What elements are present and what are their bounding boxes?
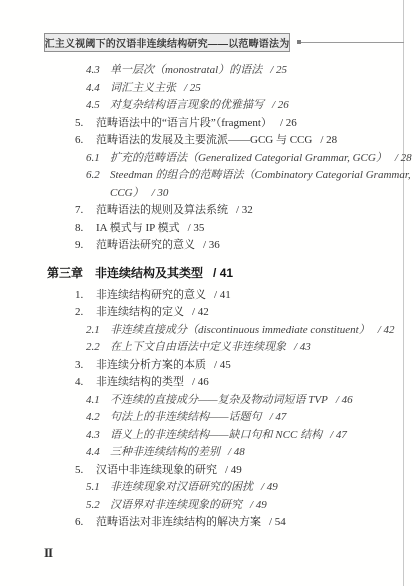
entry-page: / 46 xyxy=(192,376,209,388)
entry-number: 2.2 xyxy=(86,339,110,357)
toc-entry: 4.非连续结构的类型/ 46 xyxy=(44,374,384,392)
table-of-contents: 4.3单一层次（monostratal）的语法/ 254.4词汇主义主张/ 25… xyxy=(44,62,384,532)
entry-number: 8. xyxy=(75,220,96,238)
entry-title: 语义上的非连续结构——缺口句和 NCC 结构 xyxy=(110,429,322,441)
entry-page: / 49 xyxy=(225,464,242,476)
entry-number: 第三章 xyxy=(47,264,83,282)
entry-title: 汉语界对非连续现象的研究 xyxy=(110,499,242,511)
toc-entry: 4.4词汇主义主张/ 25 xyxy=(44,80,384,98)
entry-page: / 41 xyxy=(214,289,231,301)
entry-page: / 25 xyxy=(184,82,201,94)
page-edge-line xyxy=(403,0,404,586)
entry-page: / 28 xyxy=(320,134,337,146)
leader-line xyxy=(297,42,404,43)
toc-entry: 4.2句法上的非连续结构——话题句/ 47 xyxy=(44,409,384,427)
toc-entry: 4.3单一层次（monostratal）的语法/ 25 xyxy=(44,62,384,80)
entry-title: 三种非连续结构的差别 xyxy=(110,446,220,458)
entry-page: / 49 xyxy=(250,499,267,511)
running-head-box: 词汇主义视阈下的汉语非连续结构研究——以范畴语法为纲 xyxy=(44,33,290,52)
entry-page: / 47 xyxy=(330,429,347,441)
toc-entry: 5.汉语中非连续现象的研究/ 49 xyxy=(44,462,384,480)
toc-entry: 8.IA 模式与 IP 模式/ 35 xyxy=(44,220,384,238)
running-head-title: 词汇主义视阈下的汉语非连续结构研究——以范畴语法为纲 xyxy=(44,35,290,50)
toc-entry: 6.范畴语法的发展及主要流派——GCG 与 CCG/ 28 xyxy=(44,132,384,150)
entry-number: 6. xyxy=(75,132,96,150)
entry-page: / 25 xyxy=(270,64,287,76)
entry-page: / 32 xyxy=(236,204,253,216)
entry-title: Steedman 的组合的范畴语法（Combinatory Categorial… xyxy=(110,169,411,181)
entry-number: 5. xyxy=(75,115,96,133)
entry-number: 4.3 xyxy=(86,427,110,445)
entry-title: 非连续现象对汉语研究的困扰 xyxy=(110,481,253,493)
entry-title: 范畴语法中的“语言片段”（fragment） xyxy=(96,117,272,129)
entry-number: 4.1 xyxy=(86,392,110,410)
toc-entry: 1.非连续结构研究的意义/ 41 xyxy=(44,287,384,305)
entry-number: 4.4 xyxy=(86,444,110,462)
toc-chapter-heading: 第三章非连续结构及其类型/ 41 xyxy=(44,264,384,282)
entry-page: / 54 xyxy=(269,516,286,528)
entry-title: 非连续结构及其类型 xyxy=(95,266,203,280)
toc-entry: 5.范畴语法中的“语言片段”（fragment）/ 26 xyxy=(44,115,384,133)
entry-title: 词汇主义主张 xyxy=(110,82,176,94)
entry-number: 6.2 xyxy=(86,167,110,185)
entry-title: 非连续结构的定义 xyxy=(96,306,184,318)
entry-number: 4.3 xyxy=(86,62,110,80)
entry-title: 非连续结构研究的意义 xyxy=(96,289,206,301)
toc-entry: 4.5对复杂结构语言现象的优雅描写/ 26 xyxy=(44,97,384,115)
entry-title: CCG） xyxy=(110,187,144,199)
entry-title: 扩充的范畴语法（Generalized Categorial Grammar, … xyxy=(110,152,387,164)
toc-entry: 6.2Steedman 的组合的范畴语法（Combinatory Categor… xyxy=(44,167,384,185)
toc-entry: 2.2在上下文自由语法中定义非连续现象/ 43 xyxy=(44,339,384,357)
entry-number: 4.2 xyxy=(86,409,110,427)
entry-page: / 41 xyxy=(213,266,233,280)
entry-page: / 45 xyxy=(214,359,231,371)
entry-number: 6. xyxy=(75,514,96,532)
entry-number: 4.5 xyxy=(86,97,110,115)
toc-entry: 6.范畴语法对非连续结构的解决方案/ 54 xyxy=(44,514,384,532)
entry-page: / 35 xyxy=(188,222,205,234)
entry-number: 9. xyxy=(75,237,96,255)
entry-page: / 43 xyxy=(294,341,311,353)
entry-page: / 42 xyxy=(378,324,395,336)
toc-entry: 3.非连续分析方案的本质/ 45 xyxy=(44,357,384,375)
entry-page: / 36 xyxy=(203,239,220,251)
entry-number: 5.2 xyxy=(86,497,110,515)
entry-title: 非连续结构的类型 xyxy=(96,376,184,388)
entry-number: 3. xyxy=(75,357,96,375)
entry-page: / 49 xyxy=(261,481,278,493)
entry-number: 4.4 xyxy=(86,80,110,98)
entry-page: / 28 xyxy=(395,152,412,164)
entry-title: 非连续直接成分（discontinuous immediate constitu… xyxy=(110,324,370,336)
entry-number: 5.1 xyxy=(86,479,110,497)
entry-number: 7. xyxy=(75,202,96,220)
toc-entry: 4.4三种非连续结构的差别/ 48 xyxy=(44,444,384,462)
entry-page: / 46 xyxy=(336,394,353,406)
entry-title: 不连续的直接成分——复杂及物动词短语 TVP xyxy=(110,394,328,406)
entry-number: 2.1 xyxy=(86,322,110,340)
entry-page: / 30 xyxy=(152,187,169,199)
toc-entry: 5.1非连续现象对汉语研究的困扰/ 49 xyxy=(44,479,384,497)
entry-title: 非连续分析方案的本质 xyxy=(96,359,206,371)
toc-entry: 4.1不连续的直接成分——复杂及物动词短语 TVP/ 46 xyxy=(44,392,384,410)
book-page: 词汇主义视阈下的汉语非连续结构研究——以范畴语法为纲 4.3单一层次（monos… xyxy=(0,0,414,586)
entry-title: 范畴语法的发展及主要流派——GCG 与 CCG xyxy=(96,134,312,146)
toc-entry: CCG）/ 30 xyxy=(44,185,384,203)
entry-title: 句法上的非连续结构——话题句 xyxy=(110,411,262,423)
entry-title: 范畴语法对非连续结构的解决方案 xyxy=(96,516,261,528)
entry-page: / 42 xyxy=(192,306,209,318)
entry-number: 4. xyxy=(75,374,96,392)
toc-entry: 6.1扩充的范畴语法（Generalized Categorial Gramma… xyxy=(44,150,384,168)
entry-page: / 48 xyxy=(228,446,245,458)
entry-number: 6.1 xyxy=(86,150,110,168)
entry-title: 在上下文自由语法中定义非连续现象 xyxy=(110,341,286,353)
toc-entry: 2.非连续结构的定义/ 42 xyxy=(44,304,384,322)
toc-entry: 2.1非连续直接成分（discontinuous immediate const… xyxy=(44,322,384,340)
toc-entry: 4.3语义上的非连续结构——缺口句和 NCC 结构/ 47 xyxy=(44,427,384,445)
entry-title: 单一层次（monostratal）的语法 xyxy=(110,64,262,76)
toc-entry: 5.2汉语界对非连续现象的研究/ 49 xyxy=(44,497,384,515)
entry-number: 2. xyxy=(75,304,96,322)
entry-title: 对复杂结构语言现象的优雅描写 xyxy=(110,99,264,111)
folio-page-number: II xyxy=(44,545,52,561)
leader-dot xyxy=(297,40,301,44)
toc-entry: 7.范畴语法的规则及算法系统/ 32 xyxy=(44,202,384,220)
entry-page: / 47 xyxy=(270,411,287,423)
entry-number: 5. xyxy=(75,462,96,480)
entry-page: / 26 xyxy=(280,117,297,129)
entry-title: 范畴语法研究的意义 xyxy=(96,239,195,251)
entry-title: 范畴语法的规则及算法系统 xyxy=(96,204,228,216)
entry-title: 汉语中非连续现象的研究 xyxy=(96,464,217,476)
entry-title: IA 模式与 IP 模式 xyxy=(96,222,180,234)
entry-page: / 26 xyxy=(272,99,289,111)
entry-number: 1. xyxy=(75,287,96,305)
toc-entry: 9.范畴语法研究的意义/ 36 xyxy=(44,237,384,255)
